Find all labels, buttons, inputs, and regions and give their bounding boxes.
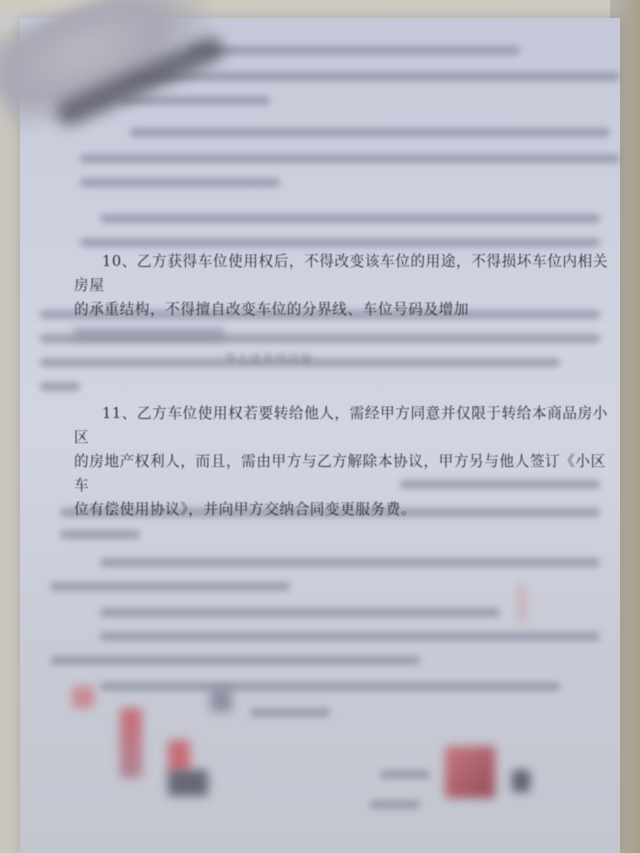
stamp-mark	[512, 770, 530, 792]
clause-10-line-1: 10、乙方获得车位使用权后，不得改变该车位的用途，不得损坏车位内相关房屋	[74, 250, 614, 298]
clause-11-line-3: 位有偿使用协议》，并向甲方交纳合同变更服务费。	[74, 498, 614, 522]
stamp-mark	[72, 686, 94, 708]
red-pen-mark	[520, 583, 524, 623]
stamp-mark	[168, 770, 208, 796]
clause-11-line-1: 11、乙方车位使用权若要转给他人，需经甲方同意并仅限于转给本商品房小区	[74, 402, 614, 450]
stamp-mark	[210, 688, 232, 712]
clause-10-tail: 等上述各项设施	[74, 346, 614, 370]
stamp-mark	[445, 746, 495, 798]
clause-11: 11、乙方车位使用权若要转给他人，需经甲方同意并仅限于转给本商品房小区 的房地产…	[74, 402, 614, 522]
blurred-fragment	[74, 328, 224, 340]
clause-10: 10、乙方获得车位使用权后，不得改变该车位的用途，不得损坏车位内相关房屋 的承重…	[74, 250, 614, 370]
stamp-mark	[120, 708, 142, 778]
clause-11-line-2: 的房地产权利人，而且，需由甲方与乙方解除本协议，甲方另与他人签订《小区车	[74, 450, 614, 498]
stamp-mark	[168, 740, 190, 772]
clause-10-line-2: 的承重结构，不得擅自改变车位的分界线、车位号码及增加	[74, 298, 614, 346]
